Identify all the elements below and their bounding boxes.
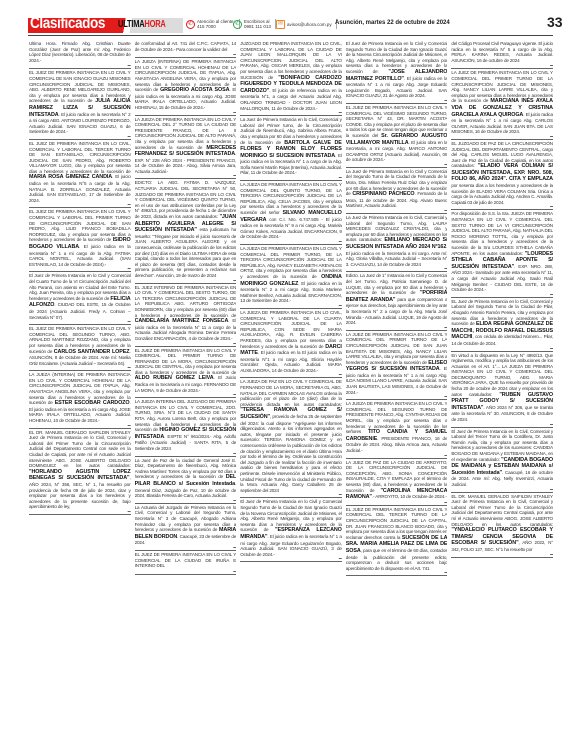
- notice-body: de conformidad al Art. 741 del C.P.C. CA…: [135, 41, 237, 53]
- notice-body: EL JUEZ DE PRIMERA INSTANCIA EN LO CIVIL…: [135, 348, 237, 394]
- legal-notice: El Juez de Primera Instancia en lo Civil…: [240, 498, 342, 562]
- notice-code-mark: ▬: [135, 570, 237, 573]
- notice-code-mark: ▬: [29, 203, 131, 206]
- legal-notice: EL JUEZ DE PRIMERA INSTANCIA EN LO CIVIL…: [29, 208, 131, 272]
- legal-notice: La Actuaria del Juzgado de Primera Insta…: [135, 504, 237, 551]
- notice-code-mark: ▬: [346, 454, 448, 457]
- notice-body: EL JUEZ DE PRIMERA INSTANCIA EN LO CIVIL…: [346, 507, 448, 572]
- notice-body: LA JUEZA DE PRIMERA INSTANCIA EN LO CIVI…: [240, 182, 342, 240]
- notice-code-mark: ▬: [451, 135, 553, 138]
- legal-notice: La Juez de Primera Instancia en lo Civil…: [346, 214, 448, 272]
- notice-code-mark: ▬: [346, 99, 448, 102]
- legal-notice: EDICTO: LA ABG. FATIMA D. VAZQUEZ, ACTUA…: [135, 179, 237, 283]
- legal-notice: Edicto. La Juez de 1° Instancia en lo Ci…: [346, 272, 448, 330]
- notice-body: El Juez de Primera Instancia en lo Civil…: [346, 41, 448, 99]
- notice-code-mark: ▬: [29, 424, 131, 427]
- whatsapp-icon: ✆: [233, 20, 242, 29]
- contact-email: ✉ avisos@uhora.com.py: [276, 17, 337, 31]
- notice-code-mark: ▬: [451, 347, 553, 350]
- notice-body: La Juez de Primera Instancia en lo Civil…: [240, 117, 342, 176]
- notice-body: La Juez de Paz de la ciudad de General J…: [135, 458, 237, 499]
- legal-notice: En virtud a lo dispuesto en la Ley N° 49…: [451, 352, 553, 428]
- notice-text: de conformidad al Art. 741 del C.P.C. CA…: [135, 41, 237, 52]
- logo-ultima: ULTIMA: [118, 19, 144, 30]
- notice-subject-name: CRISPINIANO PACHECO: [352, 191, 414, 197]
- notice-text: Ultima Hora. Firmado Abg. Cristhian Duar…: [29, 41, 131, 63]
- column-5: del Código Procesal Civil Paraguayo vige…: [451, 40, 553, 756]
- notice-code-mark: ▬: [346, 501, 448, 504]
- notice-text: LA JUEZA DE PAZ EN LO CIVIL Y COMERCIAL …: [240, 379, 342, 406]
- notice-text: del Código Procesal Civil Paraguayo vige…: [451, 41, 553, 63]
- legal-notice: Ultima Hora. Firmado Abg. Cristhian Duar…: [29, 40, 131, 69]
- notice-code-mark: ▬: [135, 111, 237, 114]
- notice-body: Por disposición de S.S. la Sra. JUEZA DE…: [451, 211, 553, 292]
- notice-subject-name: CANDELARIA MARTINEZ FONSECA: [135, 318, 229, 324]
- notice-code-mark: ▬: [346, 326, 448, 329]
- notice-code-mark: ▬: [135, 546, 237, 549]
- issue-date: Asunción, martes 22 de octubre de 2024: [335, 20, 450, 26]
- notice-text: EL DR. MANUEL GERALDO SAIFILDIN STANLEY …: [29, 430, 131, 469]
- notice-text: EL JUEZ INTERINO DE PRIMERA INSTANCIA EN…: [135, 285, 237, 318]
- notice-body: EDICTO: LA ABG. FATIMA D. VAZQUEZ, ACTUA…: [135, 180, 237, 278]
- legal-notice: La Juez de Primera Instancia en lo Civil…: [240, 116, 342, 181]
- notice-code-mark: ▬: [240, 304, 342, 307]
- column-1: Ultima Hora. Firmado Abg. Cristhian Duar…: [29, 40, 131, 756]
- notice-body: EL JUEZ DE PRIMERA INSTANCIA EN LO CIVIL…: [135, 552, 237, 570]
- notice-subject-name: ESTER ESCOBAR CARDOZO: [55, 400, 130, 406]
- notice-code-mark: ▬: [240, 373, 342, 376]
- legal-notice: El Juez de Primera Instancia en lo Civil…: [29, 272, 131, 325]
- notice-code-mark: ▬: [451, 488, 553, 491]
- notice-code-mark: ▬: [240, 240, 342, 243]
- legal-notice: LA JUEZA INTERINA DEL JUZGADO DE PRIMERA…: [135, 398, 237, 456]
- notice-body: EL JUEZ DE PRIMERA INSTANCIA EN LO CIVIL…: [346, 105, 448, 163]
- contact-whatsapp-value[interactable]: 0981 111 013: [244, 24, 271, 29]
- notice-body: LA JUEZA (INTERINA) DE PRIMERA INSTANCIA…: [29, 372, 131, 423]
- legal-notice: EL Juez de Primera Instancia en lo Civil…: [451, 298, 553, 352]
- contact-phone-value[interactable]: 415 7000: [197, 24, 216, 29]
- notice-code-mark: ▬: [451, 64, 553, 67]
- legal-notice: JUZGADO DE PRIMERA INSTANCIA EN LO CIVIL…: [240, 40, 342, 116]
- legal-notice: Por disposición de S.S. la Sra. JUEZA DE…: [451, 210, 553, 297]
- notice-body: LA JUEZ DE PAZ DE LA CIUDAD DE ARROYITO,…: [346, 460, 448, 501]
- notice-body: EL JUEZ DE PRIMERA INSTANCIA EN LO CIVIL…: [29, 209, 131, 267]
- notice-subject-name: CARLOS SANTANDER LOPEZ: [54, 349, 130, 355]
- notice-code-mark: ▬: [346, 163, 448, 166]
- notice-code-mark: ▬: [135, 499, 237, 502]
- notice-code-mark: ▬: [135, 393, 237, 396]
- notice-text-end: , para que en el término de 60 días, con…: [346, 548, 448, 571]
- notice-code-mark: ▬: [135, 342, 237, 345]
- section-title: Clasificados: [30, 15, 105, 33]
- contact-whatsapp: ✆ Escribinos al0981 111 013: [233, 17, 276, 31]
- notice-code-mark: ▬: [135, 452, 237, 455]
- notice-subject-name: MARIA ROSA GIMENEZ CANDIA: [29, 174, 112, 180]
- legal-notice: de conformidad al Art. 741 del C.P.C. CA…: [135, 40, 237, 58]
- notice-subject-name: GREGORIO ACOSTA SOSA: [160, 87, 229, 93]
- column-4: El Juez de Primera Instancia en lo Civil…: [346, 40, 448, 756]
- legal-notice: EL JUEZ DE PRIMERA INSTANCIA EN LO CIVIL…: [29, 325, 131, 371]
- legal-notice: La Juez de Paz de la ciudad de General J…: [135, 457, 237, 504]
- notice-body: EL DR. MANUEL GERALDO SAIFILDIN STANLEY …: [29, 430, 131, 510]
- legal-notice: EL JUEZ DE PRIMERA INSTANCIA EN LO CIVIL…: [135, 551, 237, 575]
- notice-body: La Actuaria del Juzgado de Primera Insta…: [135, 505, 237, 546]
- notice-subject-name: ALDO RUBEN GOMEZ LEIVA: [135, 375, 214, 381]
- notice-body: del Código Procesal Civil Paraguayo vige…: [451, 41, 553, 64]
- phone-icon: ✆: [186, 20, 195, 29]
- notice-subject-name: "HORLANDO AGUSTIN LOPEZ BENEGAS S/ SUCES…: [29, 469, 131, 482]
- column-2: de conformidad al Art. 741 del C.P.C. CA…: [135, 40, 237, 756]
- legal-notice: EL JUEZ DE PRIMERA INSTANCIA EN LO CIVIL…: [346, 506, 448, 577]
- legal-notice: LA JUEZ DE PRIMERA INSTANCIA EN LO CIVIL…: [346, 331, 448, 401]
- contact-phone: ✆ Atención al cliente:415 7000: [186, 17, 240, 31]
- notice-code-mark: ▬: [451, 553, 553, 556]
- notice-code-mark: ▬: [346, 571, 448, 574]
- legal-notice: EL JUEZ DE PRIMERA INSTANCIA EN LO CIVIL…: [29, 140, 131, 209]
- notice-body: Edicto. La Juez de 1° Instancia en lo Ci…: [346, 273, 448, 325]
- notice-code-mark: ▬: [29, 366, 131, 369]
- notice-code-mark: ▬: [29, 267, 131, 270]
- notice-text: EL JUEZ DE PRIMERA INSTANCIA EN LO CIVIL…: [135, 552, 237, 568]
- notice-body: EL JUEZ DE PRIMERA INSTANCIA EN LO CIVIL…: [29, 141, 131, 204]
- legal-notice: EL JUEZ DE PRIMERA INSTANCIA EN LO CIVIL…: [135, 347, 237, 399]
- notice-body: LA JUEZA INTERINA DEL JUZGADO DE PRIMERA…: [135, 399, 237, 451]
- legal-notice: El Juez de Primera Instancia en lo Civil…: [451, 428, 553, 493]
- notice-body: LA JUEZ DE PRIMERA INSTANCIA EN LO CIVIL…: [451, 70, 553, 135]
- notice-body: En virtud a lo dispuesto en la Ley N° 49…: [451, 353, 553, 423]
- notice-body: EL JUZGADO DE PAZ DE LA CIRCUNSCRIPCIÓN …: [451, 141, 553, 206]
- notice-body: LA JUEZA DE PRIMERA INSTANCIA EN LO CIVI…: [240, 310, 342, 374]
- notice-body: El Juez de Primera Instancia en lo Civil…: [29, 273, 131, 320]
- legal-notice: LA JUEZ DE PRIMERA INSTANCIA EN LO CIVIL…: [451, 69, 553, 140]
- legal-notice: del Código Procesal Civil Paraguayo vige…: [451, 40, 553, 69]
- notice-body: LA JUEZ DE PRIMERA INSTANCIA EN LO CIVIL…: [346, 332, 448, 396]
- notice-text-end: por sesenta días a los herederos y acree…: [451, 183, 553, 205]
- legal-notice: LA JUEZ DE PAZ DE LA CIUDAD DE ARROYITO,…: [346, 459, 448, 506]
- notice-body: La Juez de Primera Instancia en lo Civil…: [346, 215, 448, 267]
- legal-notice: LA JUEZA DE PRIMERA INSTANCIA EN LO CIVI…: [135, 116, 237, 180]
- notice-body: Ultima Hora. Firmado Abg. Cristhian Duar…: [29, 41, 131, 64]
- legal-notice: LA JUEZA DE PRIMERA INSTANCIA EN LO CIVI…: [240, 245, 342, 309]
- notice-code-mark: ▬: [135, 53, 237, 56]
- header-divider: [28, 35, 553, 36]
- notice-code-mark: ▬: [240, 111, 342, 114]
- legal-notice: El Juez de Primera Instancia en lo Civil…: [346, 40, 448, 104]
- notice-code-mark: ▬: [240, 493, 342, 496]
- notice-body: EL JUEZ INTERINO DE PRIMERA INSTANCIA EN…: [135, 285, 237, 342]
- legal-notice: LA JUEZA (INTERINA) DE PRIMERA INSTANCIA…: [29, 371, 131, 428]
- notice-code-mark: ▬: [29, 320, 131, 323]
- notice-body: JUZGADO DE PRIMERA INSTANCIA EN LO CIVIL…: [240, 41, 342, 111]
- notice-code-mark: ▬: [240, 176, 342, 179]
- notice-body: El Juez de Primera Instancia en lo Civil…: [240, 499, 342, 557]
- legal-notice: LA JUEZA DE PRIMERA INSTANCIA EN LO CIVI…: [240, 309, 342, 379]
- legal-notice: La Juez de Primera Instancia en lo Civil…: [346, 168, 448, 214]
- contact-email-value[interactable]: avisos@uhora.com.py: [287, 22, 332, 27]
- notice-code-mark: ▬: [346, 395, 448, 398]
- notice-text: EL DR. MANUEL GERALDO SAIFILDIN STANLEY …: [451, 494, 553, 527]
- notice-body: EL JUEZ DE PRIMERA INSTANCIA EN LO CIVIL…: [29, 70, 131, 135]
- notice-text-end: esta judicatura ha resuelto: "Téngase po…: [135, 227, 237, 278]
- notice-code-mark: ▬: [451, 423, 553, 426]
- notice-code-mark: ▬: [29, 135, 131, 138]
- notice-body: LA JUEZA DE PRIMERA INSTANCIA EN LO CIVI…: [346, 401, 448, 453]
- notice-body: EL DR. MANUEL GERALDO SAIFILDIN STANLEY …: [451, 494, 553, 553]
- legal-notice: EL JUEZ DE PRIMERA INSTANCIA EN LO CIVIL…: [346, 104, 448, 168]
- page-number: 33: [547, 14, 563, 30]
- notice-text: Por disposición de S.S. la Sra. JUEZA DE…: [451, 211, 553, 255]
- notice-code-mark: ▬: [29, 510, 131, 513]
- notice-body: LA JUEZA DE PRIMERA INSTANCIA EN LO CIVI…: [135, 117, 237, 175]
- notice-body: LA JUEZA DE PRIMERA INSTANCIA EN LO CIVI…: [240, 246, 342, 304]
- notice-code-mark: ▬: [451, 205, 553, 208]
- notice-text: EL JUEZ DE PRIMERA INSTANCIA EN LO CIVIL…: [29, 141, 131, 174]
- legal-notice: LA JUEZA DE PRIMERA INSTANCIA EN LO CIVI…: [346, 400, 448, 458]
- legal-notice: EL JUEZ DE PRIMERA INSTANCIA EN LO CIVIL…: [29, 69, 131, 140]
- notice-text: En virtud a lo dispuesto en la Ley N° 49…: [451, 353, 553, 397]
- notice-code-mark: ▬: [135, 174, 237, 177]
- notice-body: EL Juez de Primera Instancia en lo Civil…: [451, 299, 553, 347]
- legal-notice: EL DR. MANUEL GERALDO SAIFILDIN STANLEY …: [29, 429, 131, 515]
- notice-body: LA JUEZA (INTERINA) DE PRIMERA INSTANCIA…: [135, 59, 237, 110]
- notice-text: La Juez de Paz de la ciudad de General J…: [135, 458, 237, 480]
- mail-icon: ✉: [276, 20, 285, 29]
- notice-text: EL JUEZ DE PRIMERA INSTANCIA EN LO CIVIL…: [135, 348, 237, 375]
- legal-notice: LA JUEZA DE PAZ EN LO CIVIL Y COMERCIAL …: [240, 378, 342, 498]
- newspaper-logo: ULTIMAHORA: [118, 19, 166, 30]
- classifieds-columns: Ultima Hora. Firmado Abg. Cristhian Duar…: [29, 40, 553, 756]
- column-3: JUZGADO DE PRIMERA INSTANCIA EN LO CIVIL…: [240, 40, 342, 756]
- legal-notice: EL DR. MANUEL GERALDO SAIFILDIN STANLEY …: [451, 493, 553, 558]
- legal-notice: LA JUEZA DE PRIMERA INSTANCIA EN LO CIVI…: [240, 181, 342, 245]
- notice-code-mark: ▬: [240, 557, 342, 560]
- notice-code-mark: ▬: [29, 64, 131, 67]
- notice-body: EL JUEZ DE PRIMERA INSTANCIA EN LO CIVIL…: [29, 326, 131, 366]
- notice-text-end: , proveído de fecha 25 de septiembre del…: [240, 414, 342, 493]
- notice-body: LA JUEZA DE PAZ EN LO CIVIL Y COMERCIAL …: [240, 379, 342, 493]
- notice-body: La Juez de Primera Instancia en lo Civil…: [346, 169, 448, 209]
- legal-notice: LA JUEZA (INTERINA) DE PRIMERA INSTANCIA…: [135, 58, 237, 115]
- page-header: Clasificados ULTIMAHORA ✆ Atención al cl…: [0, 0, 580, 40]
- notice-code-mark: ▬: [346, 209, 448, 212]
- notice-code-mark: ▬: [346, 267, 448, 270]
- logo-hora: HORA: [144, 19, 165, 30]
- notice-code-mark: ▬: [451, 293, 553, 296]
- notice-body: El Juez de Primera Instancia en lo Civil…: [451, 429, 553, 488]
- legal-notice: EL JUEZ INTERINO DE PRIMERA INSTANCIA EN…: [135, 284, 237, 347]
- notice-code-mark: ▬: [135, 279, 237, 282]
- notice-text-end: .- ARROYITO, 10 de Octubre de 2024.-: [372, 494, 447, 499]
- legal-notice: EL JUZGADO DE PAZ DE LA CIRCUNSCRIPCIÓN …: [451, 140, 553, 211]
